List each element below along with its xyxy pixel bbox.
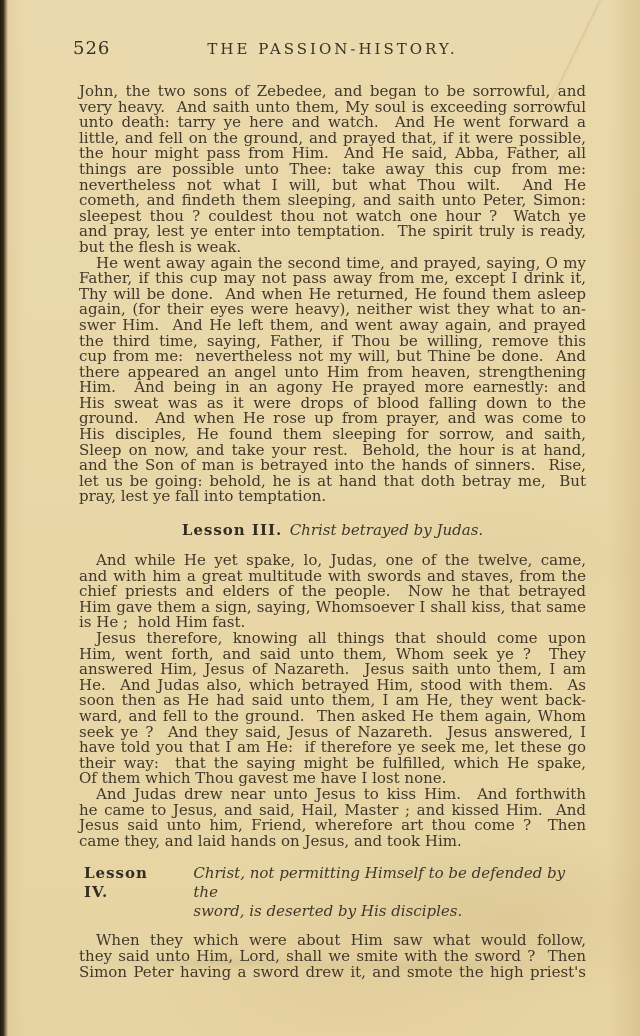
text-line: pray, lest ye fall into temptation. xyxy=(79,489,586,505)
lesson-title: Christ, not permitting Himself to be def… xyxy=(193,864,586,921)
lesson-heading: Lesson IV.Christ, not permitting Himself… xyxy=(79,864,586,921)
page-number: 526 xyxy=(73,38,110,59)
text-block: John, the two sons of Zebedee, and began… xyxy=(79,84,586,980)
show-through-ghost xyxy=(75,953,555,977)
scan-gutter-edge xyxy=(0,0,8,1036)
book-page: 526 THE PASSION-HISTORY. John, the two s… xyxy=(0,0,640,1036)
lesson-title-line: sword, is deserted by His disciples. xyxy=(193,902,586,921)
lesson-label: Lesson III. xyxy=(182,521,282,539)
paragraph: Jesus therefore, knowing all things that… xyxy=(79,631,586,787)
lesson-title: Christ betrayed by Judas. xyxy=(282,521,483,539)
lesson-label: Lesson IV. xyxy=(84,864,176,921)
text-line: came they, and laid hands on Jesus, and … xyxy=(79,834,586,850)
paragraph: And while He yet spake, lo, Judas, one o… xyxy=(79,553,586,631)
lesson-title-line: Christ, not permitting Himself to be def… xyxy=(193,864,586,902)
paragraph: John, the two sons of Zebedee, and began… xyxy=(79,84,586,256)
lesson-heading: Lesson III. Christ betrayed by Judas. xyxy=(79,520,586,540)
running-title: THE PASSION-HISTORY. xyxy=(79,38,586,58)
paragraph: He went away again the second time, and … xyxy=(79,256,586,506)
paragraph: And Judas drew near unto Jesus to kiss H… xyxy=(79,787,586,849)
page-header: 526 THE PASSION-HISTORY. xyxy=(79,38,586,60)
